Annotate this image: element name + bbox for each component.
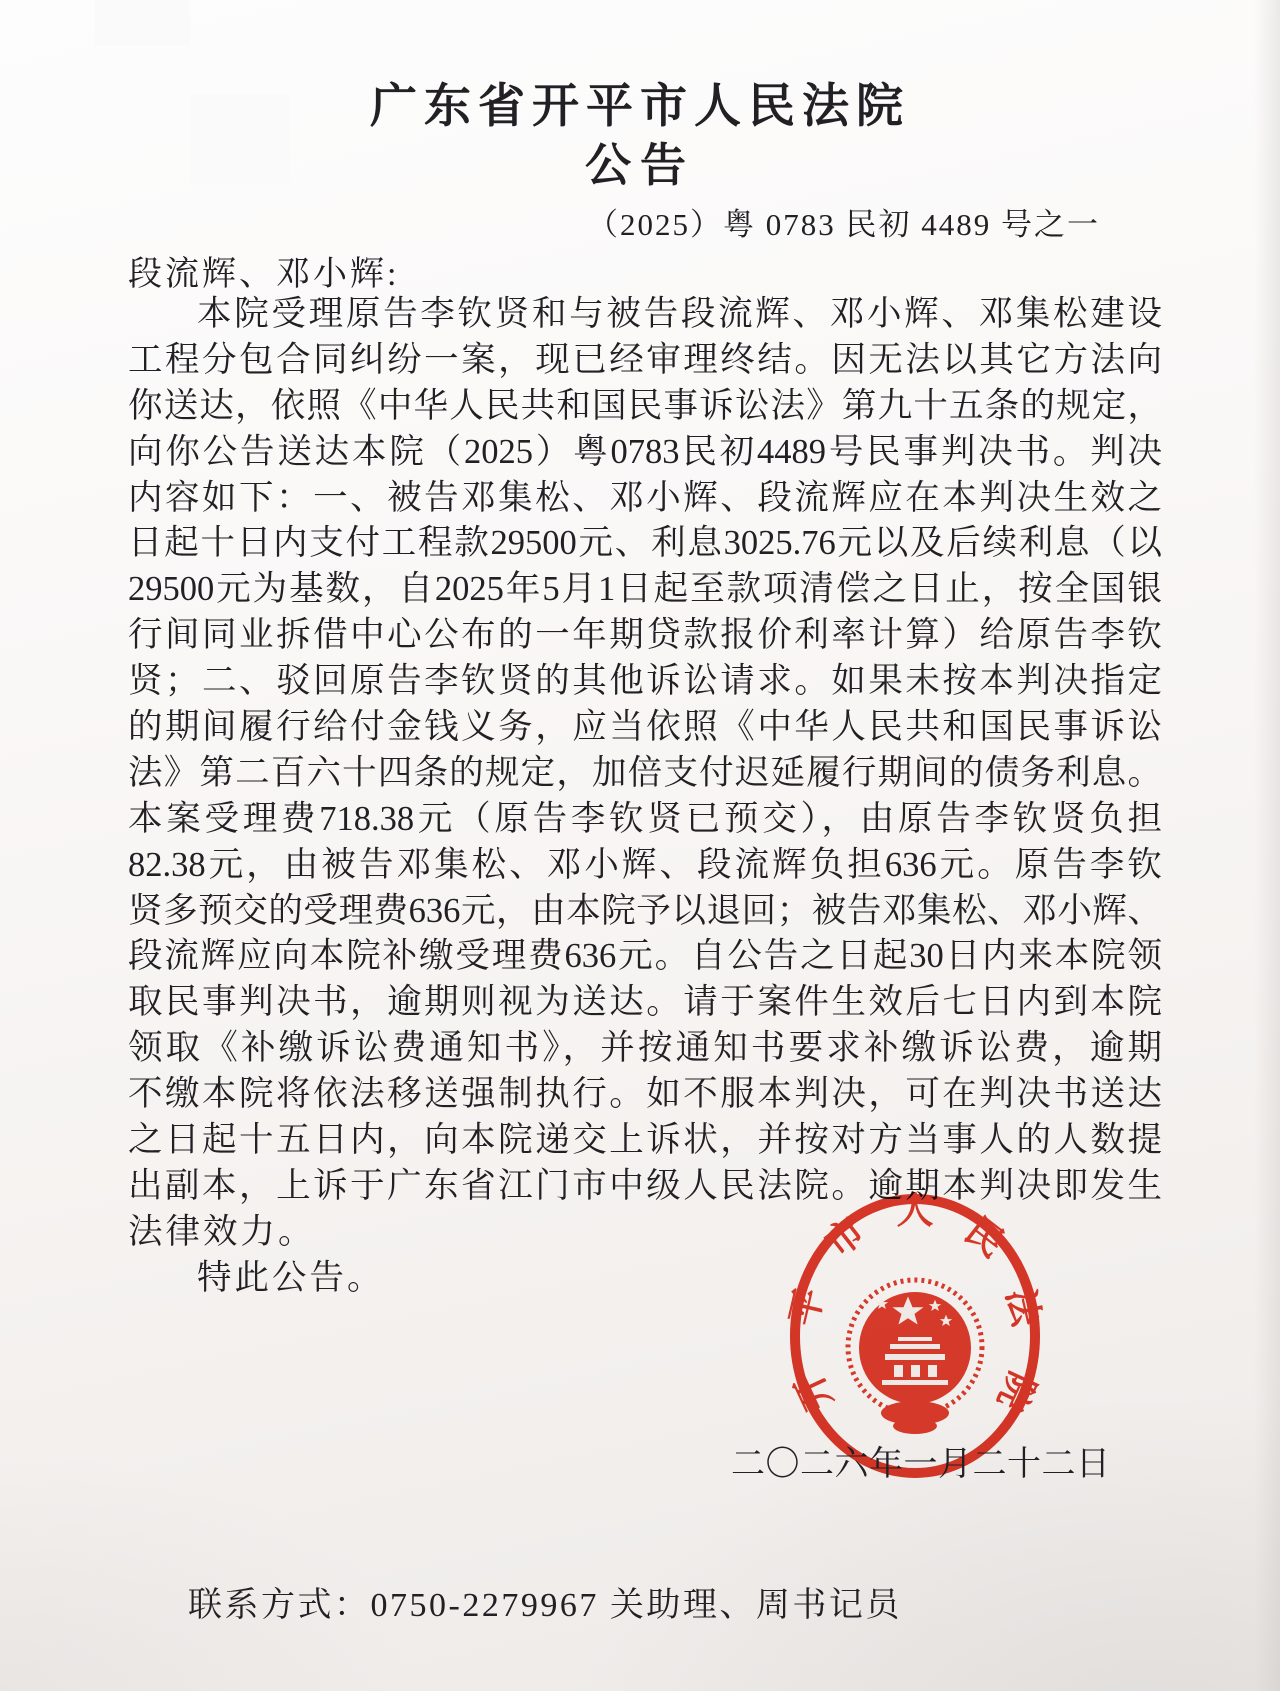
body-line: 内容如下：一、被告邓集松、邓小辉、段流辉应在本判决生效之: [128, 476, 1162, 522]
body-line: 行间同业拆借中心公布的一年期贷款报价利率计算）给原告李钦: [128, 613, 1162, 659]
body-line: 之日起十五日内，向本院递交上诉状，并按对方当事人的人数提: [128, 1118, 1162, 1164]
body-line: 日起十日内支付工程款29500元、利息3025.76元以及后续利息（以: [128, 521, 1162, 567]
document-date: 二〇二六年一月二十二日: [731, 1436, 1111, 1485]
body-line: 82.38元，由被告邓集松、邓小辉、段流辉负担636元。原告李钦: [128, 843, 1162, 889]
scanned-court-announcement: 广东省开平市人民法院 公告 （2025）粤 0783 民初 4489 号之一 段…: [0, 0, 1280, 1691]
national-emblem-icon: [848, 1280, 982, 1434]
body-line: 本院受理原告李钦贤和与被告段流辉、邓小辉、邓集松建设: [128, 292, 1162, 338]
body-line: 法》第二百六十四条的规定，加倍支付迟延履行期间的债务利息。: [128, 751, 1162, 797]
document-type-title: 公告: [0, 140, 1280, 193]
seal-char: 平: [786, 1285, 832, 1330]
court-name-title: 广东省开平市人民法院: [0, 80, 1280, 134]
recipient-line: 段流辉、邓小辉:: [128, 246, 399, 295]
body-line: 取民事判决书，逾期则视为送达。请于案件生效后七日内到本院: [128, 980, 1162, 1026]
scan-artifact: [95, 0, 190, 45]
body-line: 你送达，依照《中华人民共和国民事诉讼法》第九十五条的规定，: [128, 384, 1162, 430]
body-line: 贤多预交的受理费636元，由本院予以退回；被告邓集松、邓小辉、: [128, 889, 1162, 935]
seal-char: 民: [957, 1210, 1011, 1265]
contact-line: 联系方式：0750-2279967 关助理、周书记员: [188, 1577, 902, 1626]
body-line: 领取《补缴诉讼费通知书》，并按通知书要求补缴诉讼费，逾期: [128, 1026, 1162, 1072]
body-line: 不缴本院将依法移送强制执行。如不服本判决，可在判决书送达: [128, 1072, 1162, 1118]
seal-char: 人: [897, 1191, 934, 1232]
body-line: 贤；二、驳回原告李钦贤的其他诉讼请求。如果未按本判决指定: [128, 659, 1162, 705]
scan-edge-shading: [1254, 0, 1280, 1691]
body-line: 本案受理费718.38元（原告李钦贤已预交），由原告李钦贤负担: [128, 797, 1162, 843]
body-line: 工程分包合同纠纷一案，现已经审理终结。因无法以其它方法向: [128, 338, 1162, 384]
body-line: 向你公告送达本院（2025）粤0783民初4489号民事判决书。判决: [128, 430, 1162, 476]
announcement-body: 本院受理原告李钦贤和与被告段流辉、邓小辉、邓集松建设 工程分包合同纠纷一案，现已…: [128, 292, 1162, 1302]
body-line: 段流辉应向本院补缴受理费636元。自公告之日起30日内来本院领: [128, 934, 1162, 980]
seal-char: 市: [818, 1210, 873, 1266]
body-line: 的期间履行给付金钱义务，应当依照《中华人民共和国民事诉讼: [128, 705, 1162, 751]
body-line: 29500元为基数，自2025年5月1日起至款项清偿之日止，按全国银: [128, 567, 1162, 613]
case-number: （2025）粤 0783 民初 4489 号之一: [587, 199, 1100, 244]
